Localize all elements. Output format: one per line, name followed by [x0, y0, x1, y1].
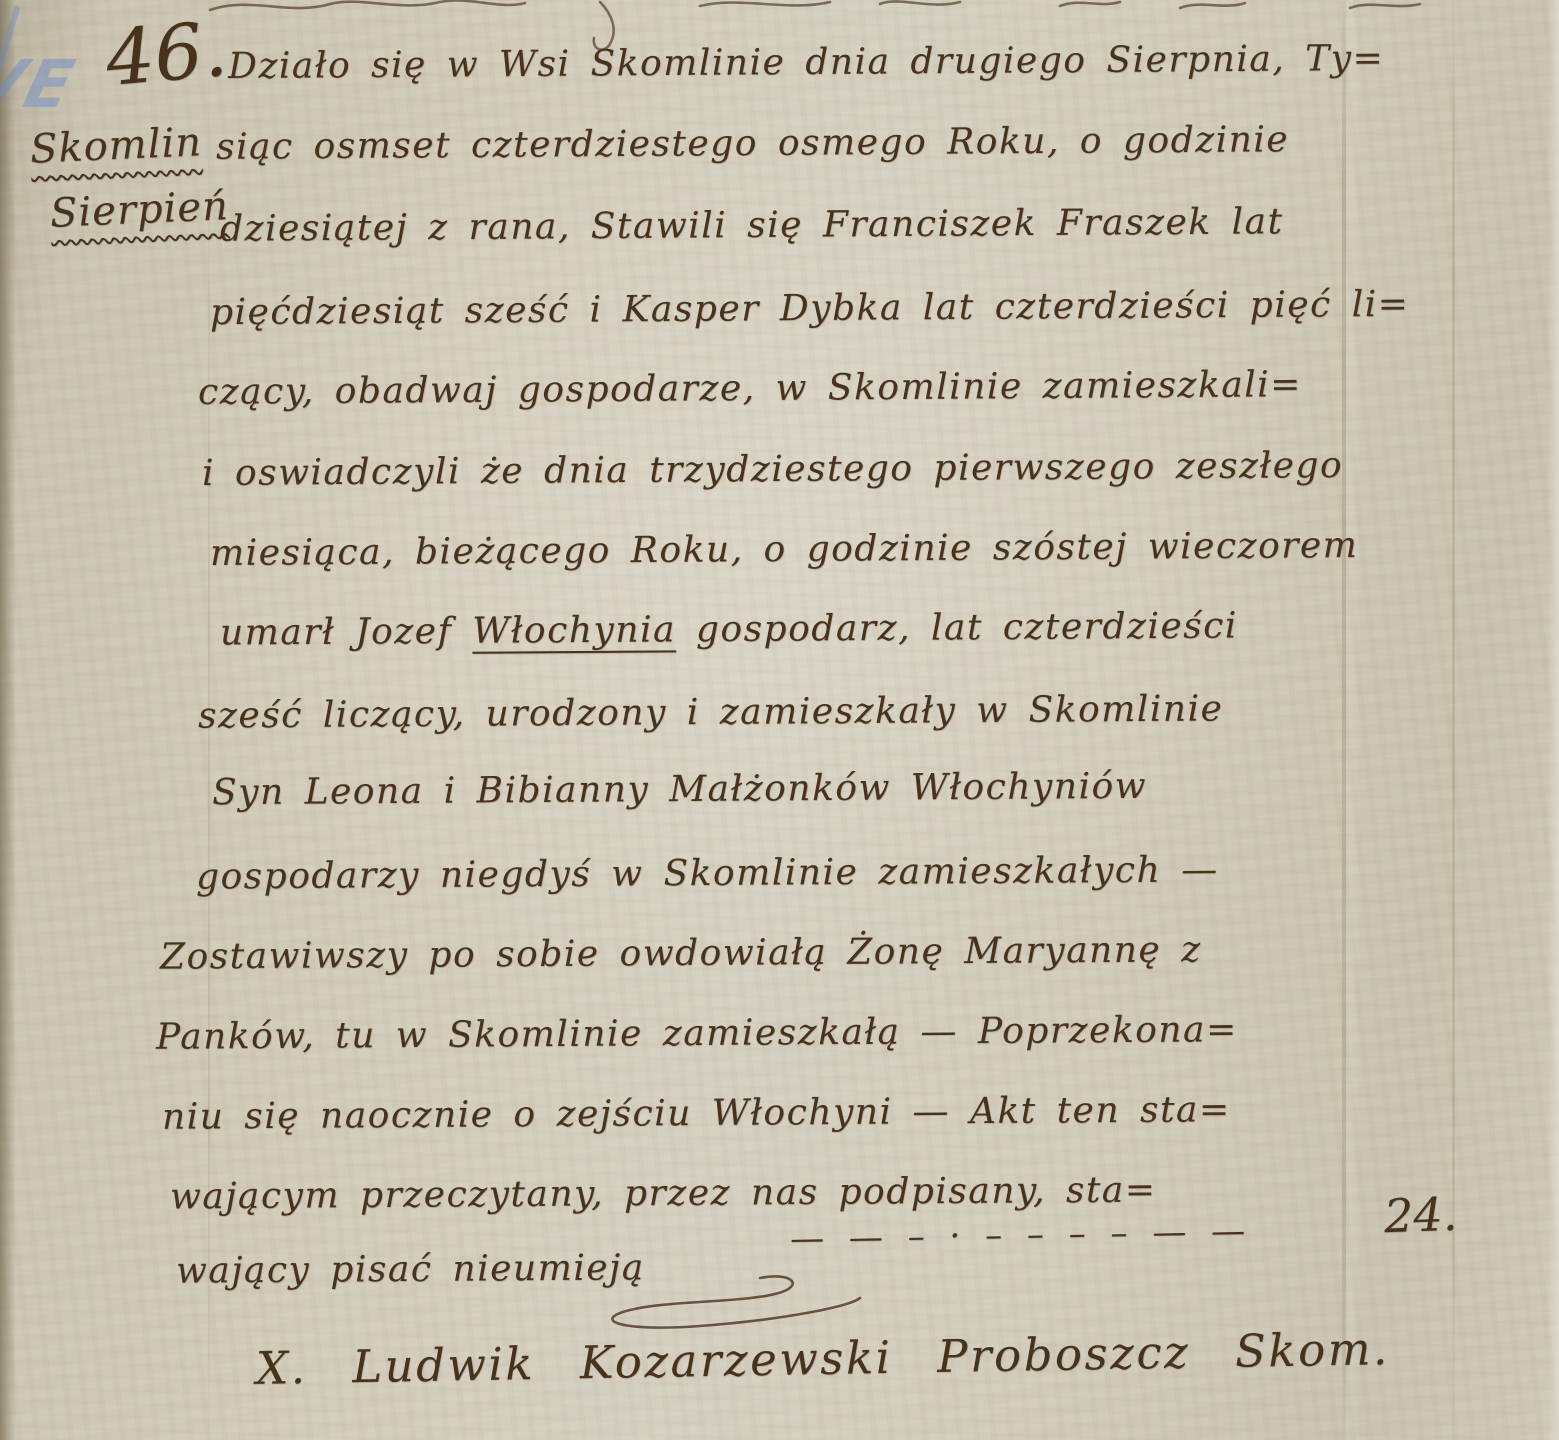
fold-crease [1342, 0, 1346, 1440]
margin-note-month: Sierpień [49, 186, 229, 234]
margin-note-place: Skomlin [29, 122, 203, 169]
death-record-page: VE 46. Skomlin Sierpień Działo się w Wsi… [0, 0, 1559, 1440]
page-number: 24. [1383, 1191, 1458, 1240]
filler-dashes: — — – · – – – – — — [790, 1214, 1253, 1256]
record-line-8-pre: umarł Jozef [220, 611, 473, 654]
record-line-14: niu się naocznie o zejściu Włochyni — Ak… [162, 1087, 1231, 1139]
page-left-edge [0, 0, 16, 1440]
record-line-9: sześć liczący, urodzony i zamieszkały w … [198, 686, 1224, 738]
record-line-8: umarł Jozef Włochynia gospodarz, lat czt… [220, 603, 1238, 655]
record-line-10: Syn Leona i Bibianny Małżonków Włochynió… [212, 764, 1147, 816]
deceased-surname-underlined: Włochynia [472, 609, 676, 651]
record-line-16: wający pisać nieumieją [176, 1245, 645, 1293]
record-line-6: i oswiadczyli że dnia trzydziestego pier… [202, 443, 1343, 496]
record-line-5: czący, obadwaj gospodarze, w Skomlinie z… [198, 362, 1302, 415]
signature-line: X. Ludwik Kozarzewski Proboszcz Skom. [256, 1326, 1390, 1391]
record-line-12: Zostawiwszy po sobie owdowiałą Żonę Mary… [160, 927, 1202, 979]
record-line-11: gospodarzy niegdyś w Skomlinie zamieszka… [196, 847, 1219, 899]
record-line-15: wającym przeczytany, przez nas podpisany… [170, 1168, 1157, 1220]
record-line-7: miesiąca, bieżącego Roku, o godzinie szó… [210, 523, 1359, 576]
page-right-edge [1547, 0, 1559, 1440]
record-line-8-post: gospodarz, lat czterdzieści [676, 605, 1238, 650]
record-line-13: Panków, tu w Skomlinie zamieszkałą — Pop… [156, 1007, 1238, 1060]
record-line-1: Działo się w Wsi Skomlinie dnia drugiego… [228, 36, 1384, 89]
record-number: 46. [103, 11, 230, 97]
record-line-2: siąc osmset czterdziestego osmego Roku, … [216, 117, 1289, 169]
record-line-4: pięćdziesiąt sześć i Kasper Dybka lat cz… [210, 282, 1410, 335]
record-line-3: dziesiątej z rana, Stawili się Francisze… [220, 199, 1284, 251]
